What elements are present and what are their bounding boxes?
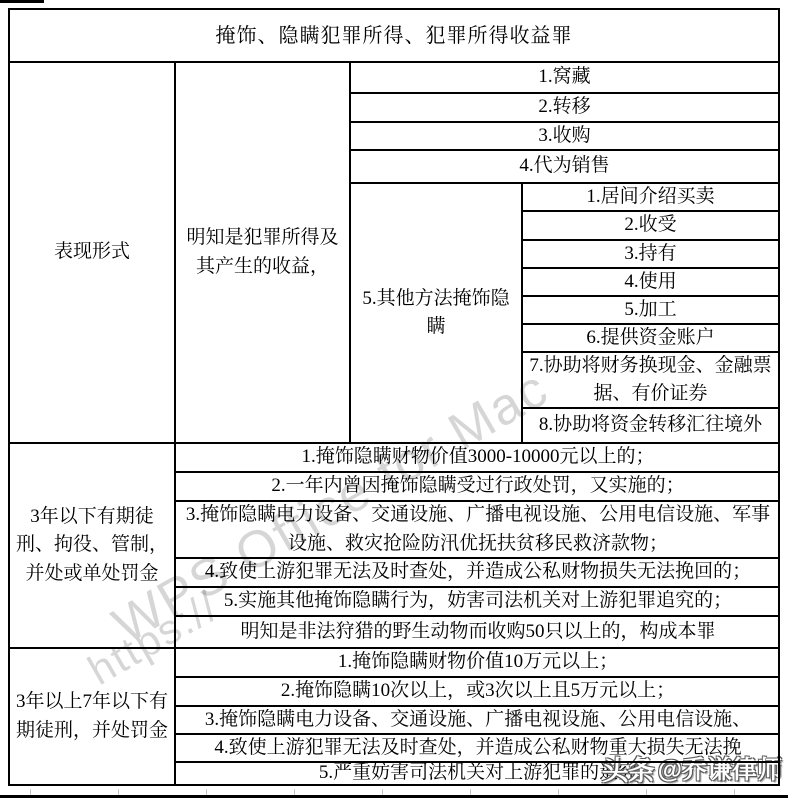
- cell-sub-method-2: 2.收受: [523, 212, 778, 239]
- grid-line: [522, 323, 780, 325]
- cell-sub-method-4: 4.使用: [523, 269, 778, 295]
- partial-row-divider: [294, 789, 295, 795]
- cell-light-item-4: 4.致使上游犯罪无法及时查处，并造成公私财物损失无法挽回的；: [176, 559, 780, 586]
- row-header-penalty-light: 3年以下有期徒刑、拘役、管制，并处或单处罚金: [10, 444, 174, 647]
- grid-line: [350, 121, 780, 123]
- partial-row-divider: [470, 789, 471, 795]
- cell-heavy-item-2: 2.掩饰隐瞒10次以上，或3次以上且5万元以上；: [176, 678, 780, 705]
- grid-line: [175, 615, 780, 617]
- grid-line: [8, 647, 780, 649]
- grid-line: [175, 705, 780, 707]
- grid-line: [522, 407, 780, 409]
- grid-line: [8, 61, 780, 63]
- grid-line: [175, 676, 780, 678]
- cell-light-item-2: 2.一年内曾因掩饰隐瞒受过行政处罚，又实施的；: [176, 473, 780, 500]
- cell-sub-method-6: 6.提供资金账户: [523, 325, 778, 351]
- grid-line: [778, 8, 780, 786]
- partial-row-divider: [206, 789, 207, 795]
- author-handle: @乔谦律师: [658, 750, 782, 786]
- grid-line: [175, 733, 780, 735]
- grid-line: [522, 210, 780, 212]
- grid-line: [349, 62, 351, 443]
- row-header-form: 表现形式: [10, 63, 174, 442]
- cell-sub-method-8: 8.协助将资金转移汇往境外: [523, 409, 778, 442]
- grid-line: [521, 183, 523, 443]
- grid-line: [175, 557, 780, 559]
- cell-heavy-item-1: 1.掩饰隐瞒财物价值10万元以上；: [176, 649, 780, 676]
- grid-line: [8, 8, 780, 10]
- grid-line: [8, 784, 780, 786]
- grid-line: [350, 149, 780, 151]
- cell-method-3: 3.收购: [351, 123, 778, 149]
- cell-premise: 明知是犯罪所得及其产生的收益，: [176, 63, 349, 442]
- row-header-penalty-heavy: 3年以上7年以下有期徒刑，并处罚金: [10, 649, 174, 784]
- table-title: 掩饰、隐瞒犯罪所得、犯罪所得收益罪: [10, 10, 778, 61]
- cell-other-method: 5.其他方法掩饰隐瞒: [351, 184, 521, 442]
- cell-sub-method-3: 3.持有: [523, 241, 778, 267]
- cell-heavy-item-3: 3.掩饰隐瞒电力设备、交通设施、广播电视设施、公用电信设施、: [176, 707, 780, 733]
- cell-method-2: 2.转移: [351, 94, 778, 121]
- grid-line: [350, 92, 780, 94]
- grid-line: [522, 239, 780, 241]
- cell-sub-method-7: 7.协助将财务换现金、金融票据、有价证券: [523, 353, 778, 407]
- partial-row-divider: [118, 789, 119, 795]
- cell-method-1: 1.窝藏: [351, 63, 778, 92]
- partial-row-divider: [734, 789, 735, 795]
- partial-row-divider: [558, 789, 559, 795]
- grid-line: [522, 351, 780, 353]
- partial-row-divider: [646, 789, 647, 795]
- cell-light-item-3: 3.掩饰隐瞒电力设备、交通设施、广播电视设施、公用电信设施、军事设施、救灾抢险防…: [176, 502, 780, 557]
- grid-line: [175, 500, 780, 502]
- grid-line: [350, 182, 780, 184]
- cell-sub-method-1: 1.居间介绍买卖: [523, 184, 778, 210]
- grid-line: [522, 267, 780, 269]
- cell-light-item-6: 明知是非法狩猎的野生动物而收购50只以上的，构成本罪: [176, 617, 780, 647]
- partial-row-divider: [30, 789, 31, 795]
- cell-light-item-5: 5.实施其他掩饰隐瞒行为，妨害司法机关对上游犯罪追究的；: [176, 588, 780, 615]
- cell-light-item-1: 1.掩饰隐瞒财物价值3000-10000元以上的；: [176, 444, 780, 471]
- grid-line: [175, 471, 780, 473]
- partial-row-divider: [382, 789, 383, 795]
- grid-line: [522, 295, 780, 297]
- toutiao-logo: 头条: [602, 749, 654, 788]
- toutiao-author-watermark: 头条 @乔谦律师: [616, 750, 782, 786]
- grid-line: [175, 761, 780, 763]
- document-page: WPS Office for Mac https:// 掩饰、隐瞒犯罪所得、犯罪…: [0, 0, 788, 798]
- grid-line: [8, 442, 780, 444]
- grid-line: [175, 586, 780, 588]
- cell-method-4: 4.代为销售: [351, 151, 778, 182]
- top-edge-mark: [0, 0, 44, 3]
- grid-line: [8, 8, 10, 786]
- cell-sub-method-5: 5.加工: [523, 297, 778, 323]
